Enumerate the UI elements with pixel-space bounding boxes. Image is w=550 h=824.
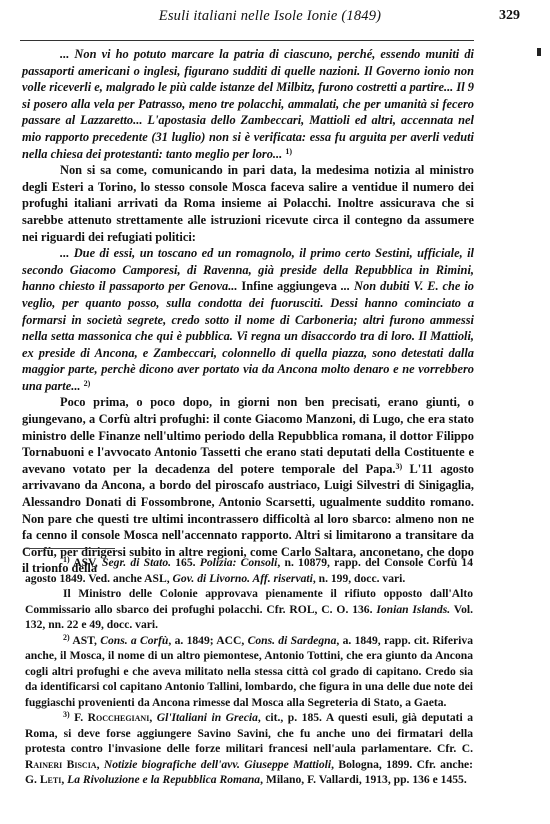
footnote-text: Raineri Biscia bbox=[25, 758, 97, 771]
running-title: Esuli italiani nelle Isole Ionie (1849) bbox=[20, 8, 520, 25]
footnote-text: Cons. di Sardegna bbox=[248, 634, 337, 647]
quote-text: ... Non dubiti V. E. che io veglio, per … bbox=[22, 279, 474, 393]
footnote-text: , Milano, F. Vallardi, 1913, pp. 136 e 1… bbox=[260, 773, 467, 786]
footnote-mark: 3) bbox=[63, 710, 70, 719]
footnotes: 1) ASV, Segr. di Stato. 165. Polizia: Co… bbox=[25, 555, 473, 788]
note-ref-1: 1) bbox=[285, 147, 292, 156]
main-text: ... Non vi ho potuto marcare la patria d… bbox=[22, 46, 474, 577]
footnote-4: 3) F. Rocchegiani, Gl'Italiani in Grecia… bbox=[25, 710, 473, 788]
footnote-3: 2) AST, Cons. a Corfù, a. 1849; ACC, Con… bbox=[25, 633, 473, 711]
note-ref-2: 2) bbox=[84, 379, 91, 388]
footnote-mark: 2) bbox=[63, 633, 70, 642]
footnote-text: Leti bbox=[40, 773, 62, 786]
footnote-text: Polizia: Consoli bbox=[200, 556, 278, 569]
footnote-text: Ionian Islands. bbox=[376, 603, 450, 616]
footnote-text: Segr. di Stato. bbox=[102, 556, 171, 569]
quote-text: ... Non vi ho potuto marcare la patria d… bbox=[22, 47, 474, 161]
plain-text: Infine aggiungeva bbox=[237, 279, 340, 293]
footnote-text: La Rivoluzione e la Repubblica Romana bbox=[67, 773, 260, 786]
footnote-text: , bbox=[97, 758, 104, 771]
footnote-text: ASV, bbox=[70, 556, 102, 569]
footnote-text: Cons. a Corfù bbox=[100, 634, 168, 647]
footnote-text: , n. 199, docc. vari. bbox=[313, 572, 405, 585]
footnote-text: , bbox=[149, 711, 156, 724]
footnote-text: Gov. di Livorno. Aff. riservati bbox=[173, 572, 313, 585]
margin-mark bbox=[537, 48, 541, 56]
footnote-text: Gl'Italiani in Grecia bbox=[157, 711, 258, 724]
footnote-text: Rocchegiani bbox=[88, 711, 150, 724]
footnote-text: AST, bbox=[70, 634, 101, 647]
paragraph-quote-1: ... Non vi ho potuto marcare la patria d… bbox=[22, 46, 474, 162]
page-header: Esuli italiani nelle Isole Ionie (1849) … bbox=[20, 6, 520, 26]
footnote-text: Notizie biografiche dell'avv. Giuseppe M… bbox=[104, 758, 331, 771]
header-rule bbox=[20, 40, 474, 41]
footnote-text: 165. bbox=[171, 556, 200, 569]
footnote-mark: 1) bbox=[63, 555, 70, 564]
paragraph-quote-2: ... Due di essi, un toscano ed un romagn… bbox=[22, 245, 474, 394]
paragraph-4: Poco prima, o poco dopo, in giorni non b… bbox=[22, 394, 474, 577]
paragraph-2: Non si sa come, comunicando in pari data… bbox=[22, 162, 474, 245]
page-number: 329 bbox=[499, 8, 520, 24]
footnote-1: 1) ASV, Segr. di Stato. 165. Polizia: Co… bbox=[25, 555, 473, 586]
footnote-rule bbox=[25, 548, 115, 549]
footnote-2: Il Ministro delle Colonie approvava pien… bbox=[25, 586, 473, 633]
footnote-text: , a. 1849; ACC, bbox=[168, 634, 247, 647]
footnote-text: F. bbox=[70, 711, 88, 724]
